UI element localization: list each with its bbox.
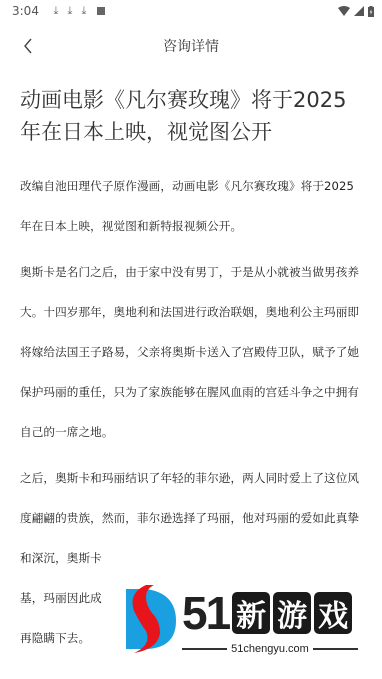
a-icon: [97, 7, 105, 15]
download-icon: ⤓: [77, 4, 91, 18]
page-title: 咨询详情: [163, 36, 219, 56]
watermark-logo: 51 新 游 戏 51chengyu.com: [124, 583, 360, 667]
logo-char: 游: [273, 592, 311, 634]
wifi-icon: [338, 6, 350, 16]
logo-number: 51: [182, 589, 229, 637]
divider: [182, 648, 227, 650]
divider: [313, 648, 358, 650]
article-paragraph: 之后，奥斯卡和玛丽结识了年轻的菲尔逊，两人同时爱上了这位风度翩翩的贵族，然而，菲…: [20, 458, 362, 578]
signal-icon: [354, 6, 364, 16]
status-time: 3:04: [12, 4, 39, 18]
nav-bar: 咨询详情: [0, 22, 382, 70]
logo-url-text: 51chengyu.com: [227, 643, 313, 655]
back-button[interactable]: [16, 34, 40, 58]
logo-wordmark: 51 新 游 戏: [182, 589, 352, 637]
download-icon: ⤓: [49, 4, 63, 18]
logo-url: 51chengyu.com: [182, 643, 358, 655]
article-paragraph: 奥斯卡是名门之后，由于家中没有男丁，于是从小就被当做男孩养大。十四岁那年，奥地利…: [20, 252, 362, 452]
logo-char: 新: [232, 592, 270, 634]
article: 动画电影《凡尔赛玫瑰》将于2025年在日本上映，视觉图公开 改编自池田理代子原作…: [0, 84, 382, 658]
download-icon: ⤓: [63, 4, 77, 18]
article-paragraph: 改编自池田理代子原作漫画，动画电影《凡尔赛玫瑰》将于2025年在日本上映，视觉图…: [20, 166, 362, 246]
status-bar: 3:04 ⤓ ⤓ ⤓: [0, 0, 382, 22]
battery-charging-icon: [368, 6, 374, 17]
chevron-left-icon: [22, 37, 34, 55]
logo-char: 戏: [314, 592, 352, 634]
system-icons: [338, 6, 374, 17]
article-headline: 动画电影《凡尔赛玫瑰》将于2025年在日本上映，视觉图公开: [20, 84, 362, 148]
logo-mark-icon: [124, 583, 180, 655]
